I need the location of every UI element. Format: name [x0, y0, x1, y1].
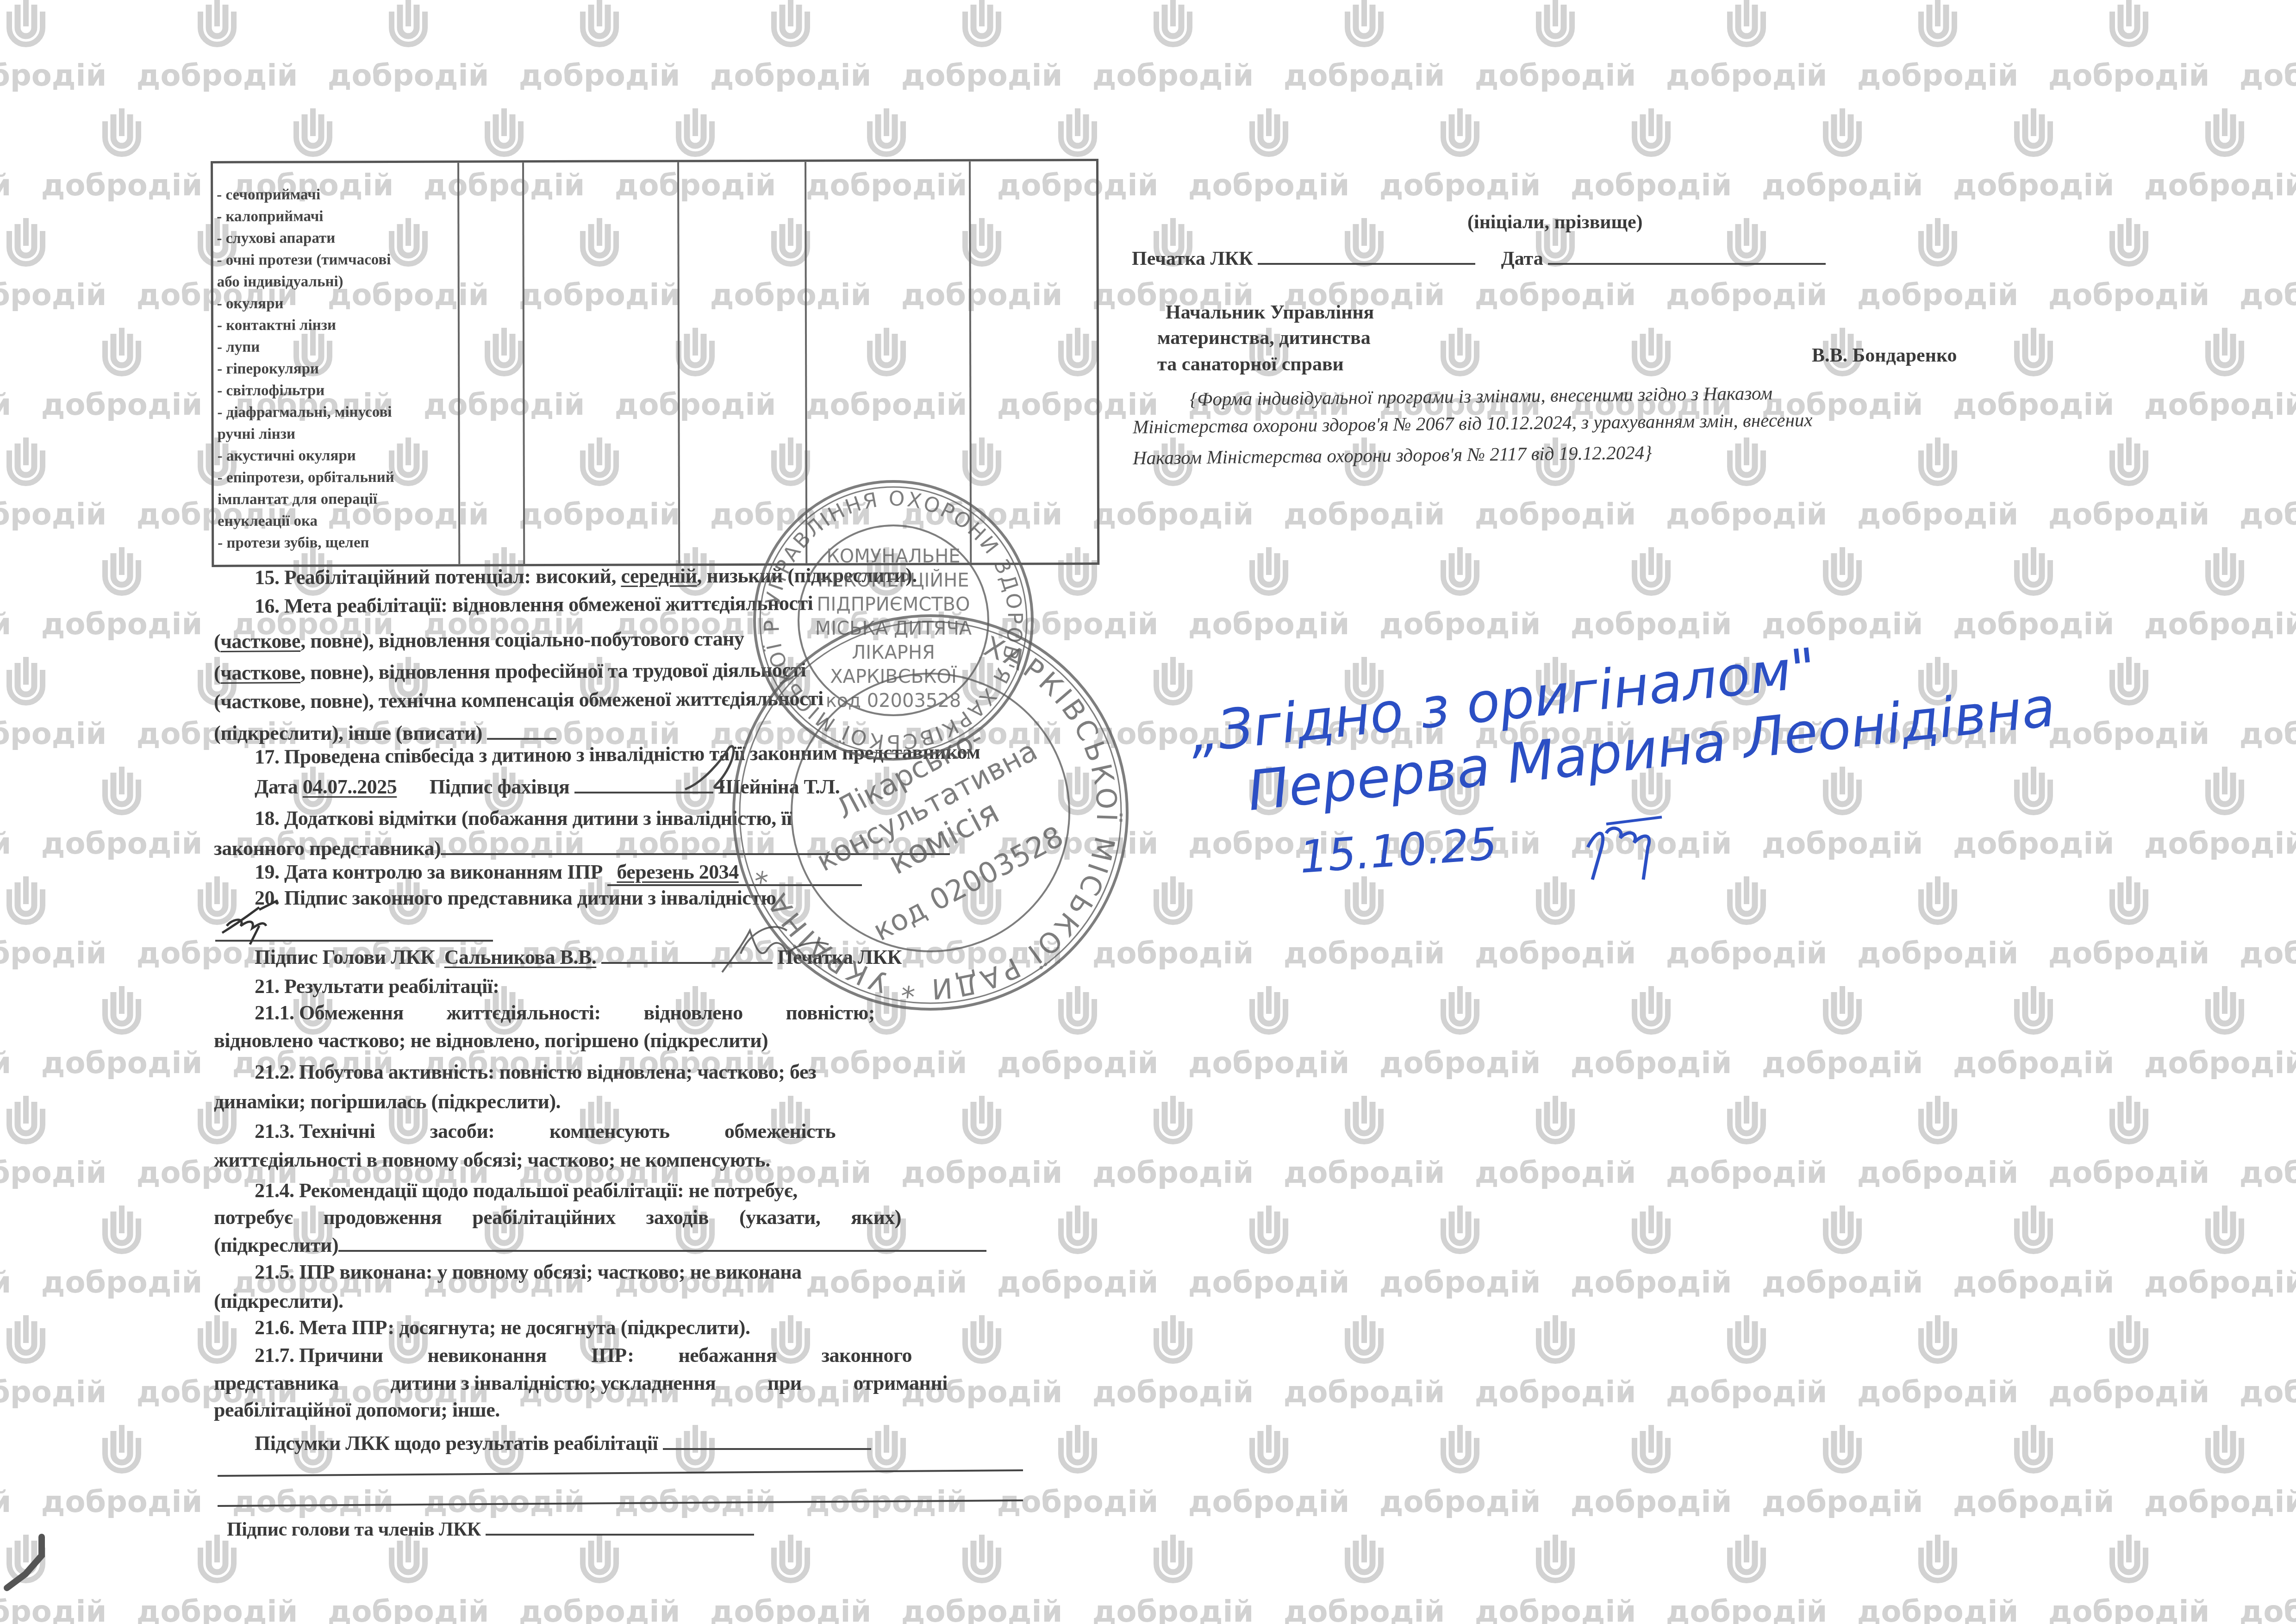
technical-aid-item: ручні лінзи: [217, 423, 394, 445]
social-restore-text: , повне), відновлення соціально-побутово…: [300, 627, 744, 652]
summary-blank-line: [218, 1469, 1023, 1477]
section-16-line4: (часткове, повне), технічна компенсація …: [214, 687, 824, 714]
specialist-signature-label: Підпис фахівця: [430, 775, 570, 798]
summary-blank-line: [218, 1499, 1023, 1507]
word: небажання: [678, 1343, 777, 1368]
right-date-label: Дата: [1480, 248, 1543, 269]
section-21-6: 21.6. Мета ІПР: досягнута; не досягнута …: [215, 1316, 750, 1340]
chief-name: В.В. Бондаренко: [1812, 344, 1957, 367]
section-21-5-line2: (підкреслити).: [214, 1289, 343, 1313]
section-21-4-line1: 21.4. Рекомендації щодо подальшої реабіл…: [215, 1179, 798, 1203]
notes-blank: [441, 836, 950, 855]
section-19-control-date: 19. Дата контролю за виконанням ІПР бере…: [215, 860, 862, 886]
word: реабілітаційних: [472, 1206, 615, 1230]
word: повністю;: [786, 1001, 875, 1025]
control-date-label: 19. Дата контролю за виконанням ІПР: [255, 861, 603, 883]
professional-restore-text: , повне), відновлення професійної та тру…: [300, 658, 806, 684]
members-signature-line: Підпис голови та членів ЛКК: [227, 1516, 754, 1542]
technical-aid-item: або індивідуальні): [217, 271, 394, 293]
section-21-1-line1: 21.1. Обмеженняжиттєдіяльності:відновлен…: [215, 1001, 875, 1025]
technical-aids-list: - сечоприймачі- калоприймачі- слухові ап…: [217, 184, 394, 554]
word: отриманні: [853, 1371, 948, 1395]
rehab-potential-label: 15. Реабілітаційний потенціал: високий,: [255, 565, 621, 589]
technical-aid-item: - сечоприймачі: [217, 184, 393, 206]
head-signature-blank: [601, 944, 773, 964]
right-stamp-label: Печатка ЛКК: [1132, 248, 1253, 269]
section-21-7-line1: 21.7. ПричининевиконанняІПР:небажаннязак…: [215, 1343, 912, 1368]
technical-aid-item: - епіпротези, орбітальний: [218, 467, 394, 489]
table-column-divider: [522, 162, 525, 564]
legal-rep-signature-line: [215, 940, 493, 942]
initials-caption: (ініціали, прізвище): [1467, 211, 1643, 234]
chief-title-1: Начальник Управління: [1166, 301, 1374, 324]
table-column-divider: [969, 162, 972, 563]
word: 21.7. Причини: [255, 1343, 383, 1368]
right-stamp-blank: [1258, 245, 1475, 265]
technical-aids-table: - сечоприймачі- калоприймачі- слухові ап…: [211, 159, 1099, 567]
legal-rep-label: законного представника): [214, 837, 441, 860]
control-date-field: березень 2034: [607, 860, 862, 886]
technical-aid-item: - контактні лінзи: [217, 314, 394, 337]
word: обмеженість: [724, 1119, 836, 1143]
section-21-3-line2: життєдіяльності в повному обсязі; частко…: [214, 1148, 770, 1172]
other-label: (підкреслити), інше (вписати): [214, 722, 482, 744]
technical-aid-item: - лупи: [217, 336, 394, 358]
underline-hint: (підкреслити): [214, 1234, 338, 1256]
technical-aid-item: - окуляри: [217, 293, 394, 315]
form-note-line3: Наказом Міністерства охорони здоров'я № …: [1133, 439, 1652, 471]
word: представника: [214, 1371, 339, 1395]
word: яких): [851, 1206, 901, 1230]
word: засоби:: [430, 1119, 495, 1143]
section-21-title: 21. Результати реабілітації:: [215, 974, 499, 999]
technical-aid-item: - калоприймачі: [217, 206, 393, 228]
word: компенсують: [549, 1119, 670, 1143]
technical-aid-item: - слухові апарати: [217, 227, 393, 250]
head-name: Сальникова В.В.: [440, 946, 596, 968]
section-16-line5: (підкреслити), інше (вписати): [214, 720, 556, 745]
rehab-potential-selected: середній: [621, 564, 697, 587]
control-date-value: березень 2034: [617, 861, 738, 883]
technical-aid-item: енуклеації ока: [218, 510, 394, 532]
word: при: [767, 1371, 802, 1395]
professional-restore-partial: часткове: [220, 661, 300, 684]
word: заходів: [646, 1206, 709, 1230]
word: життєдіяльності:: [447, 1001, 601, 1025]
section-17-interview: 17. Проведена співбесіда з дитиною з інв…: [215, 740, 980, 769]
section-21-2-line1: 21.2. Побутова активність: повністю відн…: [215, 1060, 816, 1084]
section-20-legal-rep-signature: 20. Підпис законного представника дитини…: [215, 886, 776, 910]
section-17-date-line: Дата 04.07..2025 Підпис фахівця Шейніна …: [215, 774, 840, 799]
head-signature-line: Підпис Голови ЛКК Сальникова В.В. Печатк…: [215, 944, 902, 969]
section-21-1-line2: відновлено частково; не відновлено, погі…: [214, 1029, 768, 1053]
table-column-divider: [677, 162, 680, 563]
members-signature-blank: [486, 1516, 754, 1536]
technical-aid-item: - діафрагмальні, мінусові: [217, 401, 394, 424]
technical-aid-item: - гіперокуляри: [217, 358, 394, 380]
chief-title-3: та санаторної справи: [1157, 353, 1344, 376]
word: потребує: [214, 1206, 293, 1230]
section-15-rehab-potential: 15. Реабілітаційний потенціал: високий, …: [215, 562, 1086, 590]
document-page: - сечоприймачі- калоприймачі- слухові ап…: [0, 0, 2296, 1624]
table-column-divider: [805, 162, 807, 563]
section-21-5-line1: 21.5. ІПР виконана: у повному обсязі; ча…: [215, 1260, 802, 1284]
chief-title-2: материнства, дитинства: [1157, 326, 1371, 350]
word: 21.1. Обмеження: [255, 1001, 404, 1025]
word: (указати,: [739, 1206, 820, 1230]
section-18-notes: 18. Додаткові відмітки (побажання дитини…: [215, 806, 995, 831]
table-column-divider: [457, 163, 460, 564]
members-signature-label: Підпис голови та членів ЛКК: [227, 1519, 481, 1540]
section-16-line2: (часткове, повне), відновлення соціально…: [214, 625, 973, 654]
word: відновлено: [643, 1001, 742, 1025]
section-21-4-line3: (підкреслити): [214, 1232, 986, 1257]
section-21-3-line1: 21.3. Технічнізасоби:компенсуютьобмежені…: [215, 1119, 836, 1143]
section-16-line3: (часткове, повне), відновлення професійн…: [214, 658, 806, 685]
stamp-date-line: Печатка ЛКК Дата: [1132, 245, 1826, 270]
right-date-blank: [1548, 245, 1826, 265]
section-16-goal: 16. Мета реабілітації: відновлення обмеж…: [215, 591, 813, 618]
word: дитини з інвалідністю; ускладнення: [391, 1371, 716, 1395]
other-blank: [487, 720, 556, 740]
section-21-7-line2: представникадитини з інвалідністю; ускла…: [214, 1371, 948, 1395]
word: ІПР:: [591, 1343, 634, 1368]
specialist-name: Шейніна Т.Л.: [718, 775, 840, 798]
head-signature-label: Підпис Голови ЛКК: [255, 946, 435, 968]
technical-aid-item: - акустичні окуляри: [218, 445, 394, 467]
stamp-label: Печатка ЛКК: [777, 946, 902, 968]
date-label: Дата: [255, 775, 298, 798]
section-18-line2: законного представника): [214, 836, 950, 861]
section-21-4-line2: потребуєпродовженняреабілітаційнихзаході…: [214, 1206, 901, 1230]
rehab-potential-suffix: , низький (підкреслити).: [697, 564, 917, 587]
word: 21.3. Технічні: [255, 1119, 375, 1143]
technical-aid-item: імплантат для операції: [218, 488, 394, 511]
word: законного: [821, 1343, 912, 1368]
technical-aid-item: - очні протези (тимчасові: [217, 249, 394, 271]
specialist-signature-blank: [574, 774, 713, 793]
interview-date: 04.07..2025: [303, 775, 425, 798]
summary-blank: [663, 1430, 871, 1450]
technical-aid-item: - протези зубів, щелеп: [218, 532, 394, 554]
summary-label: Підсумки ЛКК щодо результатів реабілітац…: [255, 1432, 658, 1455]
social-restore-partial: часткове: [220, 630, 300, 653]
technical-aid-item: - світлофільтри: [217, 380, 394, 402]
section-21-2-line2: динаміки; погіршилась (підкреслити).: [214, 1090, 561, 1114]
word: продовження: [323, 1206, 442, 1230]
recommendations-blank: [338, 1232, 986, 1252]
section-21-7-line3: реабілітаційної допомоги; інше.: [214, 1398, 500, 1422]
summary-line: Підсумки ЛКК щодо результатів реабілітац…: [215, 1430, 871, 1455]
word: невиконання: [428, 1343, 547, 1368]
